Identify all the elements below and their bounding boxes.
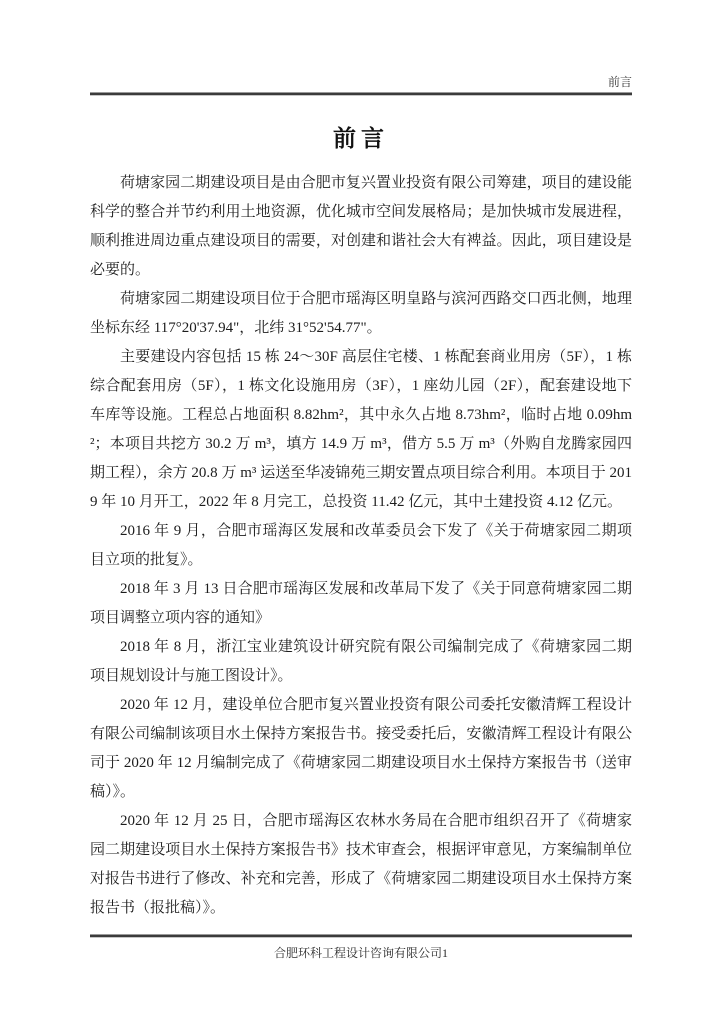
paragraph-project-location: 荷塘家园二期建设项目位于合肥市瑶海区明皇路与滨河西路交口西北侧，地理坐标东经 1… xyxy=(90,285,632,343)
document-page: 前言 前言 荷塘家园二期建设项目是由合肥市复兴置业投资有限公司筹建，项目的建设能… xyxy=(0,0,722,1024)
paragraph-approval-2016: 2016 年 9 月，合肥市瑶海区发展和改革委员会下发了《关于荷塘家园二期项目立… xyxy=(90,517,632,575)
paragraph-construction-content: 主要建设内容包括 15 栋 24～30F 高层住宅楼、1 栋配套商业用房（5F）… xyxy=(90,343,632,517)
page-header: 前言 xyxy=(90,74,632,96)
page-footer: 合肥环科工程设计咨询有限公司1 xyxy=(90,934,632,961)
paragraph-design-2018: 2018 年 8 月，浙江宝业建筑设计研究院有限公司编制完成了《荷塘家园二期项目… xyxy=(90,633,632,691)
paragraph-project-necessity: 荷塘家园二期建设项目是由合肥市复兴置业投资有限公司筹建，项目的建设能科学的整合并… xyxy=(90,169,632,285)
footer-page-number: 1 xyxy=(442,946,448,960)
header-section-label: 前言 xyxy=(90,74,632,90)
document-title: 前言 xyxy=(90,120,632,153)
document-body: 荷塘家园二期建设项目是由合肥市复兴置业投资有限公司筹建，项目的建设能科学的整合并… xyxy=(90,169,632,923)
paragraph-review-2020: 2020 年 12 月 25 日，合肥市瑶海区农林水务局在合肥市组织召开了《荷塘… xyxy=(90,807,632,923)
header-rule xyxy=(90,92,632,96)
paragraph-commission-2020: 2020 年 12 月，建设单位合肥市复兴置业投资有限公司委托安徽清辉工程设计有… xyxy=(90,691,632,807)
footer-company-name: 合肥环科工程设计咨询有限公司 xyxy=(274,946,442,960)
paragraph-adjustment-2018: 2018 年 3 月 13 日合肥市瑶海区发展和改革局下发了《关于同意荷塘家园二… xyxy=(90,575,632,633)
footer-text: 合肥环科工程设计咨询有限公司1 xyxy=(90,938,632,961)
